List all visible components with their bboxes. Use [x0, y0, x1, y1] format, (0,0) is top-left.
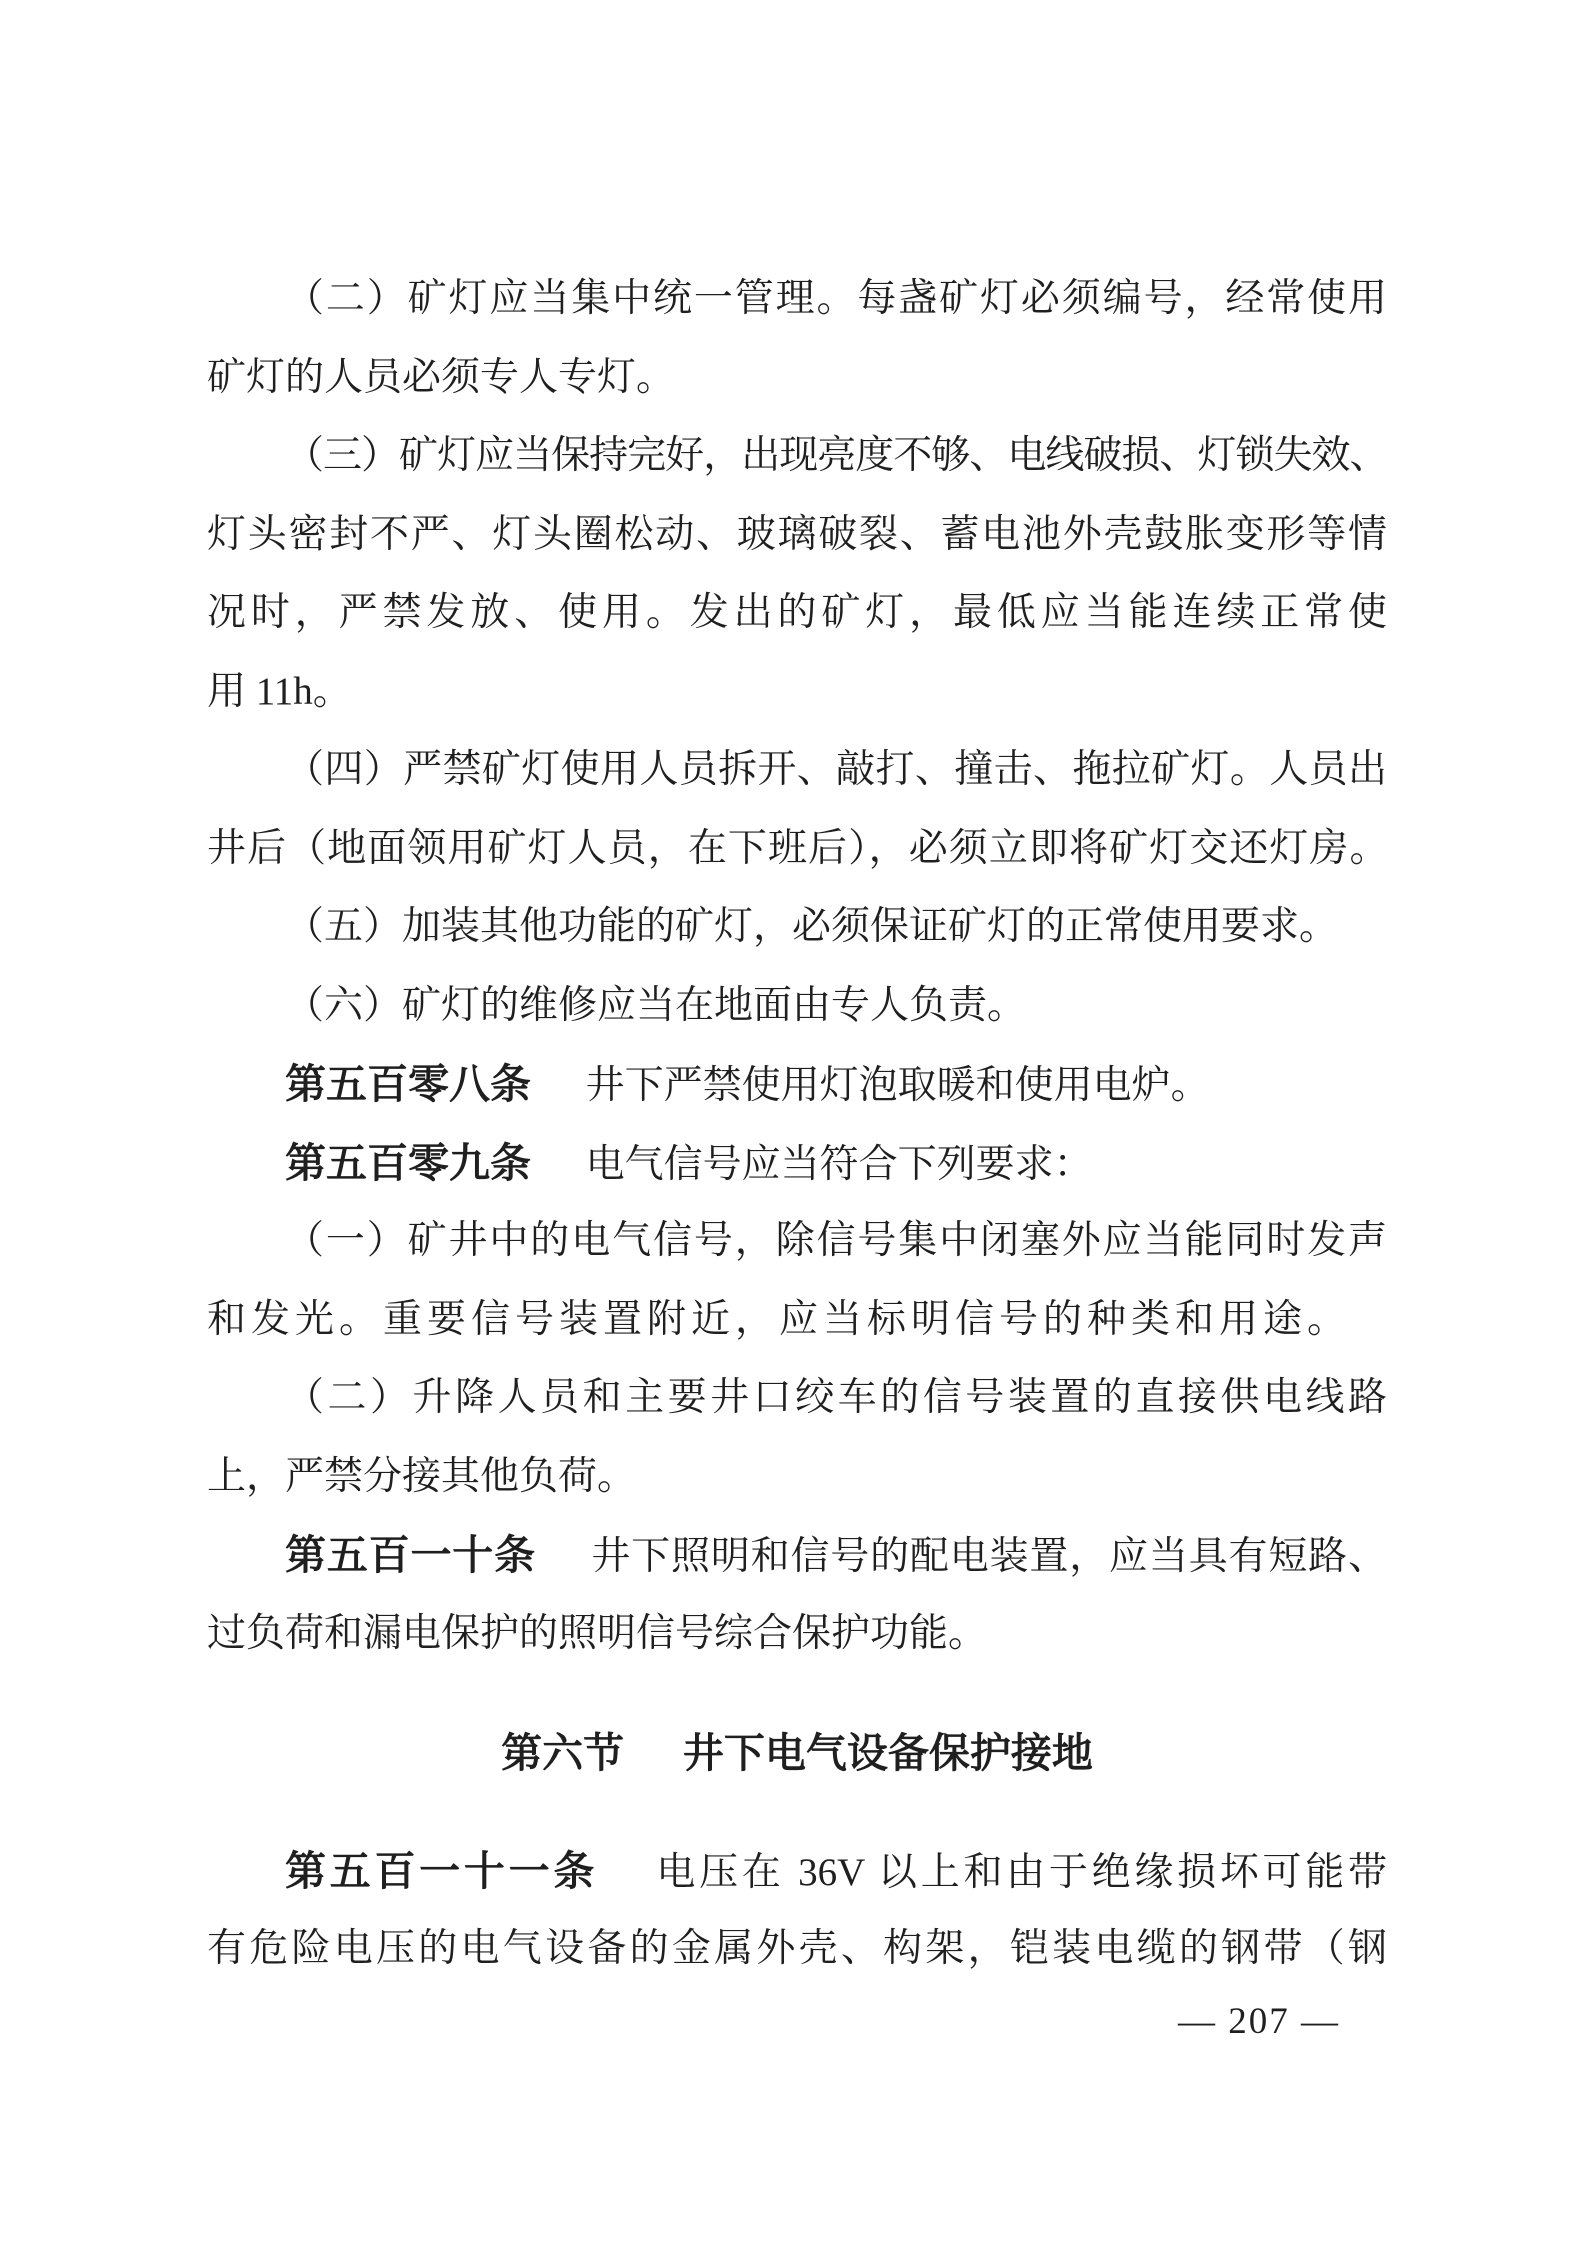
text-line: 矿灯的人员必须专人专灯。 — [207, 339, 1387, 418]
text-line: （四）严禁矿灯使用人员拆开、敲打、撞击、拖拉矿灯。人员出 — [207, 731, 1387, 810]
document-page: （二）矿灯应当集中统一管理。每盏矿灯必须编号，经常使用矿灯的人员必须专人专灯。（… — [0, 0, 1587, 2245]
text-line: 井后（地面领用矿灯人员，在下班后），必须立即将矿灯交还灯房。 — [207, 810, 1387, 889]
text-run: （五）加装其他功能的矿灯，必须保证矿灯的正常使用要求。 — [285, 905, 1338, 948]
text-run: 井后（地面领用矿灯人员，在下班后），必须立即将矿灯交还灯房。 — [207, 827, 1387, 870]
text-line: 用 11h。 — [207, 653, 1387, 732]
text-run: 电气信号应当符合下列要求： — [586, 1143, 1093, 1186]
text-line: 第五百零九条电气信号应当符合下列要求： — [207, 1124, 1387, 1203]
text-line: 过负荷和漏电保护的照明信号综合保护功能。 — [207, 1595, 1387, 1674]
text-run: （一）矿井中的电气信号，除信号集中闭塞外应当能同时发声 — [285, 1219, 1387, 1262]
text-line: 和发光。重要信号装置附近，应当标明信号的种类和用途。 — [207, 1281, 1387, 1360]
article-number: 第五百一十一条 — [285, 1848, 598, 1894]
page-body: （二）矿灯应当集中统一管理。每盏矿灯必须编号，经常使用矿灯的人员必须专人专灯。（… — [207, 260, 1387, 1989]
text-line: （三）矿灯应当保持完好，出现亮度不够、电线破损、灯锁失效、 — [207, 417, 1387, 496]
article-number: 第六节 — [501, 1730, 624, 1776]
article-number: 第五百零九条 — [285, 1140, 531, 1186]
text-run: （六）矿灯的维修应当在地面由专人负责。 — [285, 984, 1026, 1027]
text-run: （二）升降人员和主要井口绞车的信号装置的直接供电线路 — [285, 1376, 1387, 1419]
text-run: （四）严禁矿灯使用人员拆开、敲打、撞击、拖拉矿灯。人员出 — [285, 748, 1387, 791]
text-run: 井下严禁使用灯泡取暖和使用电炉。 — [586, 1064, 1210, 1107]
text-line: 有危险电压的电气设备的金属外壳、构架，铠装电缆的钢带（钢 — [207, 1910, 1387, 1989]
text-run: 过负荷和漏电保护的照明信号综合保护功能。 — [207, 1612, 987, 1655]
text-run: （二）矿灯应当集中统一管理。每盏矿灯必须编号，经常使用 — [285, 277, 1387, 320]
text-line: （二）矿灯应当集中统一管理。每盏矿灯必须编号，经常使用 — [207, 260, 1387, 339]
text-line: 第五百一十一条电压在 36V 以上和由于绝缘损坏可能带 — [207, 1832, 1387, 1911]
text-run: 况时，严禁发放、使用。发出的矿灯，最低应当能连续正常使 — [207, 591, 1387, 634]
text-run: 用 11h。 — [207, 670, 352, 713]
text-line: （五）加装其他功能的矿灯，必须保证矿灯的正常使用要求。 — [207, 888, 1387, 967]
text-run: 灯头密封不严、灯头圈松动、玻璃破裂、蓄电池外壳鼓胀变形等情 — [207, 513, 1387, 556]
text-line: 第五百零八条井下严禁使用灯泡取暖和使用电炉。 — [207, 1045, 1387, 1124]
article-number: 井下电气设备保护接地 — [683, 1730, 1093, 1776]
text-line: 况时，严禁发放、使用。发出的矿灯，最低应当能连续正常使 — [207, 574, 1387, 653]
text-run: 井下照明和信号的配电装置，应当具有短路、 — [591, 1535, 1387, 1578]
text-line: 灯头密封不严、灯头圈松动、玻璃破裂、蓄电池外壳鼓胀变形等情 — [207, 496, 1387, 575]
text-line: （二）升降人员和主要井口绞车的信号装置的直接供电线路 — [207, 1359, 1387, 1438]
text-line: 上，严禁分接其他负荷。 — [207, 1438, 1387, 1517]
article-number: 第五百一十条 — [285, 1532, 536, 1578]
text-run: 上，严禁分接其他负荷。 — [207, 1455, 636, 1498]
text-run: 电压在 36V 以上和由于绝缘损坏可能带 — [653, 1851, 1387, 1894]
text-line: （六）矿灯的维修应当在地面由专人负责。 — [207, 967, 1387, 1046]
text-run: 矿灯的人员必须专人专灯。 — [207, 356, 675, 399]
page-number: — 207 — — [1178, 2000, 1340, 2043]
text-run: 和发光。重要信号装置附近，应当标明信号的种类和用途。 — [207, 1298, 1351, 1341]
text-run: 有危险电压的电气设备的金属外壳、构架，铠装电缆的钢带（钢 — [207, 1927, 1387, 1970]
article-number: 第五百零八条 — [285, 1061, 531, 1107]
text-line: （一）矿井中的电气信号，除信号集中闭塞外应当能同时发声 — [207, 1202, 1387, 1281]
section-heading: 第六节井下电气设备保护接地 — [207, 1714, 1387, 1793]
text-run: （三）矿灯应当保持完好，出现亮度不够、电线破损、灯锁失效、 — [285, 434, 1387, 477]
text-line: 第五百一十条井下照明和信号的配电装置，应当具有短路、 — [207, 1516, 1387, 1595]
